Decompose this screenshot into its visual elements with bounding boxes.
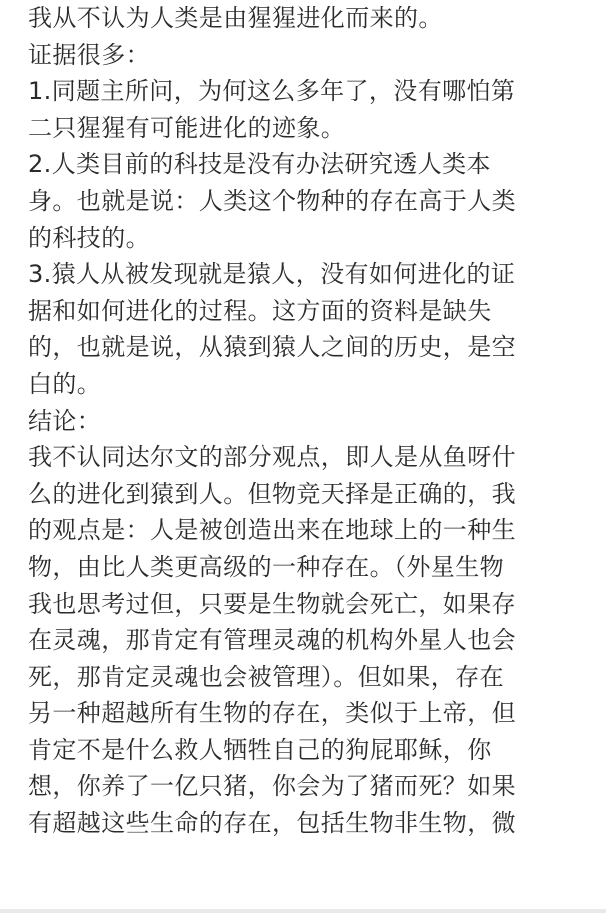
text-line: 在灵魂，那肯定有管理灵魂的机构外星人也会 bbox=[28, 622, 588, 659]
text-line: 身。也就是说：人类这个物种的存在高于人类 bbox=[28, 183, 588, 220]
text-line: 的科技的。 bbox=[28, 220, 588, 257]
text-line: 另一种超越所有生物的存在，类似于上帝，但 bbox=[28, 695, 588, 732]
text-line: 据和如何进化的过程。这方面的资料是缺失 bbox=[28, 293, 588, 330]
text-line: 的观点是：人是被创造出来在地球上的一种生 bbox=[28, 512, 588, 549]
text-line: 我从不认为人类是由猩猩进化而来的。 bbox=[28, 0, 588, 37]
text-line: 二只猩猩有可能进化的迹象。 bbox=[28, 110, 588, 147]
text-line: 3.猿人从被发现就是猿人，没有如何进化的证 bbox=[28, 256, 588, 293]
text-line: 的，也就是说，从猿到猿人之间的历史，是空 bbox=[28, 329, 588, 366]
text-line: 结论： bbox=[28, 403, 588, 440]
text-line: 肯定不是什么救人牺牲自己的狗屁耶稣，你 bbox=[28, 732, 588, 769]
text-line: 想，你养了一亿只猪，你会为了猪而死？如果 bbox=[28, 768, 588, 805]
text-line: 我不认同达尔文的部分观点，即人是从鱼呀什 bbox=[28, 439, 588, 476]
text-line: 么的进化到猿到人。但物竞天择是正确的，我 bbox=[28, 476, 588, 513]
text-line: 2.人类目前的科技是没有办法研究透人类本 bbox=[28, 146, 588, 183]
text-line: 1.同题主所问，为何这么多年了，没有哪怕第 bbox=[28, 73, 588, 110]
text-line: 死，那肯定灵魂也会被管理）。但如果，存在 bbox=[28, 659, 588, 696]
text-line: 我也思考过但，只要是生物就会死亡，如果存 bbox=[28, 586, 588, 623]
text-line: 物，由比人类更高级的一种存在。（外星生物 bbox=[28, 549, 588, 586]
text-line: 证据很多： bbox=[28, 37, 588, 74]
article-body: 我从不认为人类是由猩猩进化而来的。 证据很多： 1.同题主所问，为何这么多年了，… bbox=[28, 0, 588, 842]
text-line: 有超越这些生命的存在，包括生物非生物，微 bbox=[28, 805, 588, 842]
text-line: 白的。 bbox=[28, 366, 588, 403]
bottom-edge-divider bbox=[0, 909, 606, 913]
